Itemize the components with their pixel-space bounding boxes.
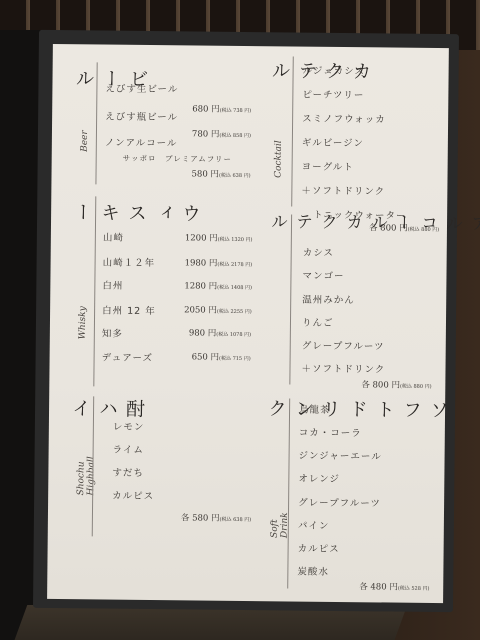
menu-item: ノンアルコール xyxy=(105,135,178,150)
menu-item: オレンジ xyxy=(298,471,340,485)
nonalcohol-cocktail-title: ノンアルコールカクテル xyxy=(265,212,480,233)
cocktail-subtitle: Cocktail xyxy=(274,140,284,178)
item-price: 1200 円(税込 1320 円) xyxy=(185,231,253,244)
item-price: 各 800 円(税込 880 円) xyxy=(361,378,431,391)
menu-item: パイン xyxy=(298,518,330,532)
menu-item: ギルビージン xyxy=(302,135,364,150)
menu-item: 白州 12 年 xyxy=(102,302,156,317)
item-price: 780 円(税込 858 円) xyxy=(192,127,251,140)
menu-item: 白州 xyxy=(102,277,123,291)
menu-page: ビール Beer えびす生ビール 680 円(税込 738 円) えびす瓶ビール… xyxy=(47,44,449,603)
menu-item: デュアーズ xyxy=(102,349,154,364)
menu-item: 山崎１２年 xyxy=(103,254,156,269)
menu-item: 烏龍茶 xyxy=(299,402,331,416)
nonalcohol-divider xyxy=(289,214,292,384)
menu-item: えびす生ビール xyxy=(105,81,178,96)
menu-item: ジンジャーエール xyxy=(299,448,382,463)
menu-item: ＋ソフトドリンク xyxy=(301,361,385,376)
beer-divider xyxy=(95,62,97,184)
menu-item: 知多 xyxy=(102,325,123,339)
menu-item: りんご xyxy=(302,315,334,329)
menu-item: コカ・コーラ xyxy=(299,425,362,440)
menu-item: 山崎 xyxy=(103,229,124,243)
chuhai-title: 酎ハイ xyxy=(67,398,148,420)
menu-item: サッポロ プレミアムフリー xyxy=(123,153,232,165)
menu-item: スミノフウォッカ xyxy=(302,111,386,126)
menu-item: レモン xyxy=(113,419,145,433)
cocktail-divider xyxy=(291,56,294,206)
item-price: 各 480 円(税込 528 円) xyxy=(359,580,429,593)
item-price: 1980 円(税込 2178 円) xyxy=(185,256,253,269)
item-price: 580 円(税込 638 円) xyxy=(191,167,250,180)
menu-item: ヨーグルト xyxy=(302,159,354,174)
item-price: 1280 円(税込 1408 円) xyxy=(184,279,252,292)
menu-item: ピーチツリー xyxy=(302,87,364,102)
menu-item: カシス xyxy=(303,245,334,259)
beer-subtitle: Beer xyxy=(80,130,90,152)
menu-item: 温州みかん xyxy=(302,292,355,307)
menu-item: マンゴー xyxy=(302,268,344,282)
menu-sleeve: ビール Beer えびす生ビール 680 円(税込 738 円) えびす瓶ビール… xyxy=(33,30,459,612)
menu-item: 炭酸水 xyxy=(297,564,329,578)
item-price: 各 580 円(税込 638 円) xyxy=(181,511,251,524)
menu-item: グレープフルーツ xyxy=(298,495,381,510)
menu-item: すだち xyxy=(112,465,144,479)
whisky-divider xyxy=(93,196,96,386)
menu-item: えびす瓶ビール xyxy=(105,109,178,124)
menu-item: ＋ソフトドリンク xyxy=(301,183,385,198)
item-price: 980 円(税込 1078 円) xyxy=(189,326,251,339)
item-price: 2050 円(税込 2255 円) xyxy=(184,303,252,316)
menu-item: ライム xyxy=(113,442,144,456)
whisky-title: ウィスキー xyxy=(69,202,204,224)
menu-item: カルピス xyxy=(298,541,340,555)
whisky-subtitle: Whisky xyxy=(78,306,88,339)
item-price: 650 円(税込 715 円) xyxy=(192,350,251,363)
item-price: 680 円(税込 738 円) xyxy=(192,102,251,115)
menu-item: カルピス xyxy=(112,488,154,502)
menu-item: ルジェカシス xyxy=(303,63,365,78)
menu-item: グレープフルーツ xyxy=(302,338,385,353)
soft-drink-title: ソフトドリンク xyxy=(263,398,452,421)
soft-drink-divider xyxy=(287,398,290,588)
